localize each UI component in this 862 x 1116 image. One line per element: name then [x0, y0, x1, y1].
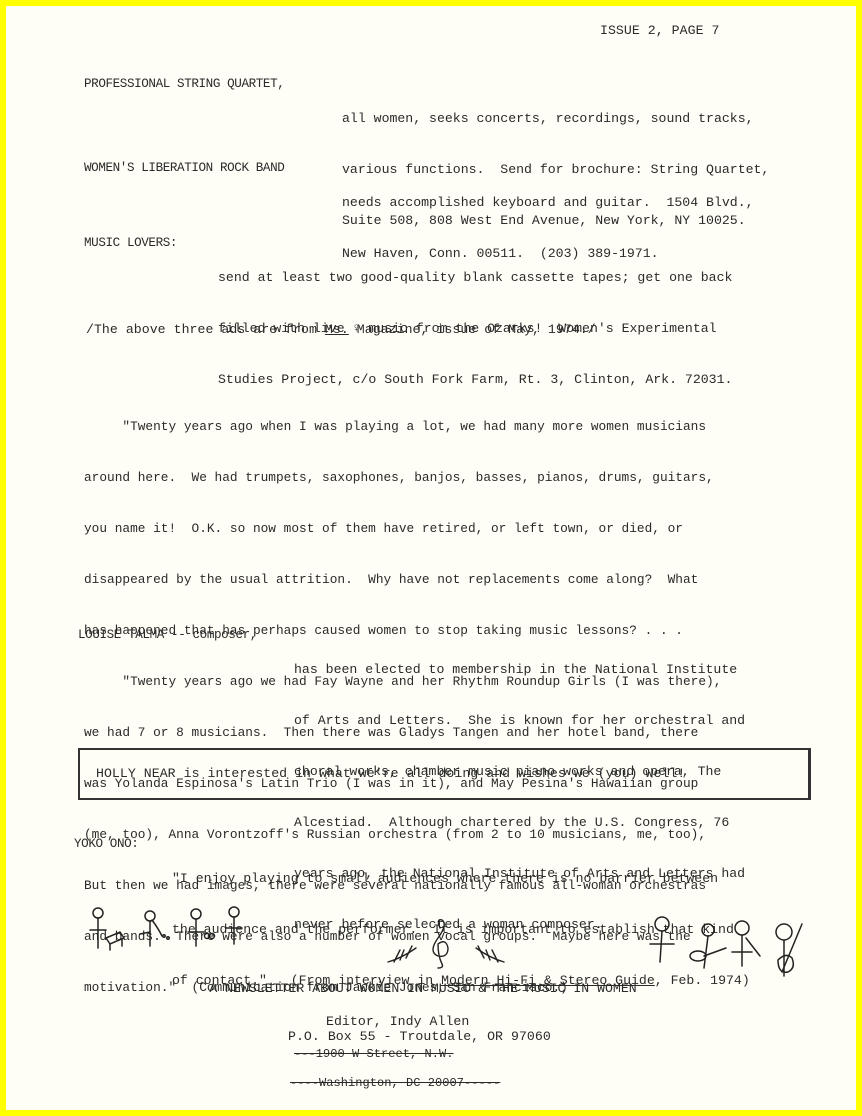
ad-label-string-quartet: PROFESSIONAL STRING QUARTET,	[84, 76, 284, 93]
page-number-header: ISSUE 2, PAGE 7	[600, 22, 719, 39]
editor-address: P.O. Box 55 - Troutdale, OR 97060	[288, 1028, 551, 1045]
quote-line: you name it! O.K. so now most of them ha…	[84, 520, 721, 537]
quote-line: disappeared by the usual attrition. Why …	[84, 571, 721, 588]
source-note-suffix: Magazine, issue of May, 1974./	[349, 322, 596, 337]
yoko-label: YOKO ONO:	[74, 836, 138, 853]
talma-line: has been elected to membership in the Na…	[294, 661, 745, 678]
ad-label-music-lovers: MUSIC LOVERS:	[84, 235, 177, 252]
holly-near-box: HOLLY NEAR is interested in what we're a…	[78, 748, 811, 800]
old-city-address: ----Washington, DC 20007-----	[290, 1075, 500, 1092]
talma-label: LOUISE TALMA -- composer,	[78, 627, 257, 644]
magazine-name: Ms.	[325, 322, 349, 337]
ad-line: needs accomplished keyboard and guitar. …	[342, 194, 754, 211]
newsletter-page: ISSUE 2, PAGE 7 PROFESSIONAL STRING QUAR…	[6, 6, 856, 1110]
ad-line: send at least two good-quality blank cas…	[218, 269, 732, 286]
quote-line: "Twenty years ago when I was playing a l…	[84, 418, 721, 435]
ad-label-rock-band: WOMEN'S LIBERATION ROCK BAND	[84, 160, 284, 177]
newsletter-tagline: A NEWSLETTER ABOUT WOMEN IN MUSIC & THE …	[0, 980, 848, 997]
stick-figures-left-icon	[86, 904, 256, 956]
old-street-address: ---1900 W Street, N.W.	[294, 1046, 454, 1063]
stick-figures-right-icon	[642, 912, 814, 984]
quote-line: around here. We had trumpets, saxophones…	[84, 469, 721, 486]
yoko-line: "I enjoy playing to small audiences wher…	[172, 870, 750, 887]
talma-line: of Arts and Letters. She is known for he…	[294, 712, 745, 729]
treble-clef-icon	[384, 918, 508, 970]
ads-source-note: /The above three ads are from Ms. Magazi…	[86, 321, 596, 338]
ad-line: all women, seeks concerts, recordings, s…	[342, 110, 769, 127]
holly-near-text: HOLLY NEAR is interested in what we're a…	[96, 765, 685, 782]
talma-line: Alcestiad. Although chartered by the U.S…	[294, 814, 745, 831]
source-note-prefix: /The above three ads are from	[86, 322, 325, 337]
